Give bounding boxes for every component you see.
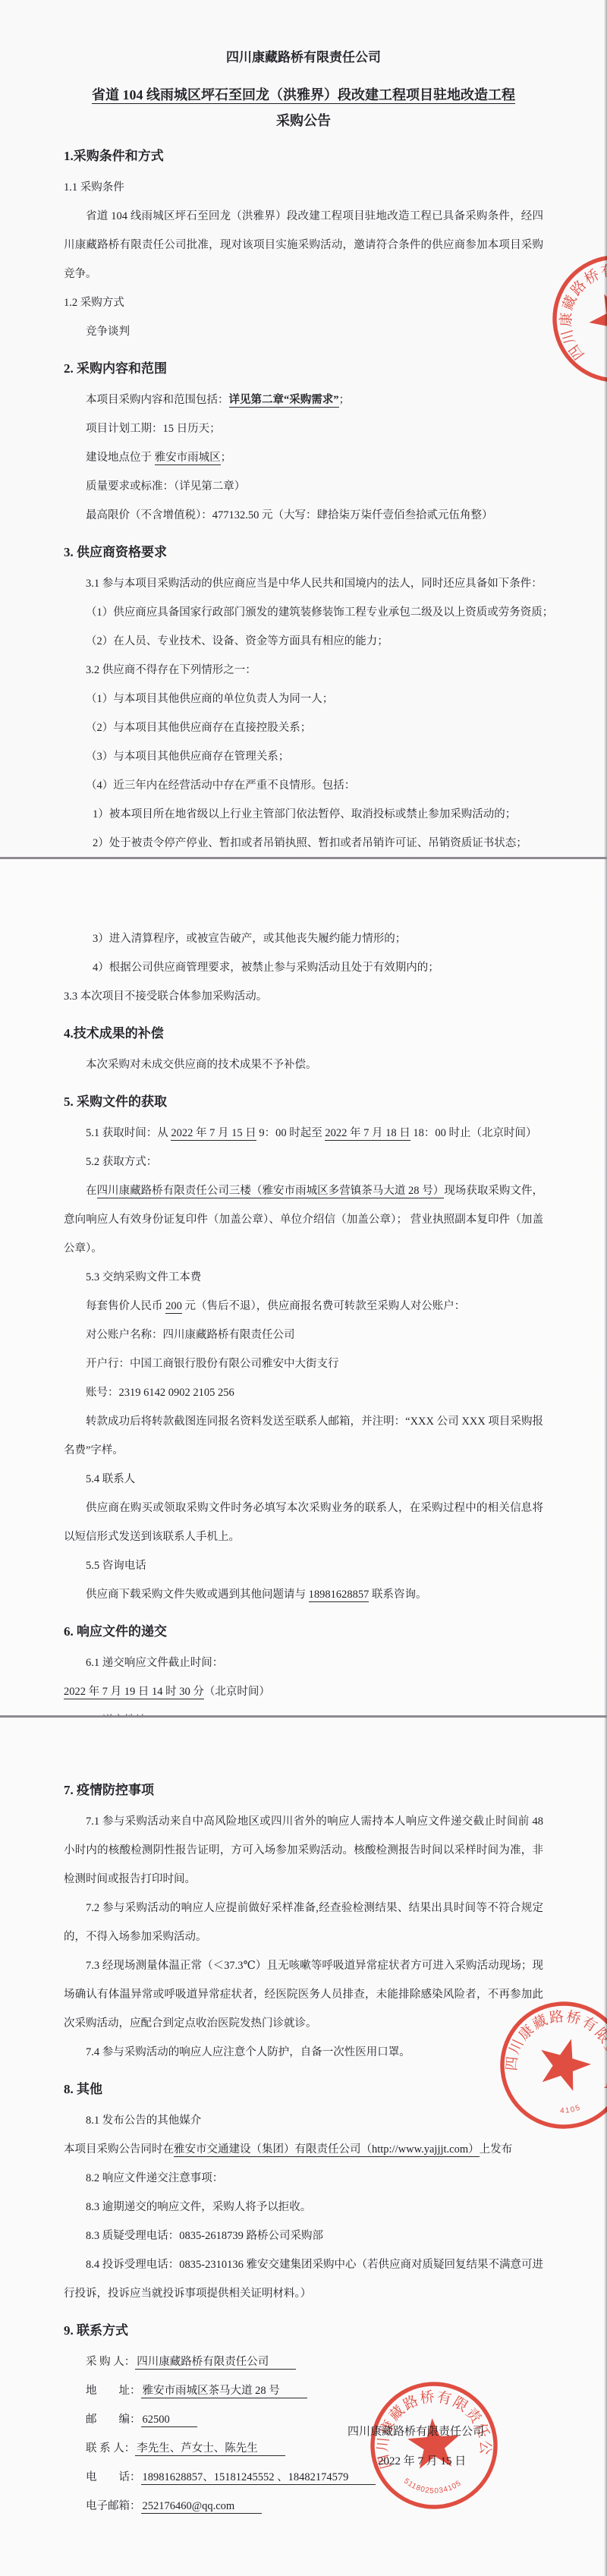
section-3-heading: 3. 供应商资格要求: [64, 536, 543, 569]
consult-phone-number: 18981628857: [309, 1589, 370, 1602]
item-6-2: 6.2 递交地址: [64, 1706, 543, 1718]
seal-code-arc-text: 511802503: [603, 340, 607, 377]
para-1-1: 省道 104 线雨城区坪石至回龙（洪雅界）段改建工程项目驻地改造工程已具备采购条…: [64, 202, 543, 288]
location-suffix: ；: [221, 452, 232, 464]
page-3: 7. 疫情防控事项 7.1 参与采购活动来自中高风险地区或四川省外的响应人需持本…: [0, 1718, 607, 2576]
contact-note-para: 供应商在购买或领取采购文件时务必填写本次采购业务的联系人，在采购过程中的相关信息…: [64, 1494, 543, 1551]
svg-text:4105: 4105: [558, 2099, 584, 2121]
contact-email: 252176460@qq.com: [141, 2500, 263, 2514]
section-8-heading: 8. 其他: [64, 2073, 543, 2106]
location-prefix: 建设地点位于: [86, 452, 155, 464]
fee-line: 每套售价人民币 200 元（售后不退），供应商报名费可转款至采购人对公账户：: [64, 1292, 543, 1321]
notice-type-title: 采购公告: [64, 108, 543, 134]
acquire-time-suffix: 18：00 时止（北京时间）: [410, 1127, 537, 1139]
project-title: 省道 104 线雨城区坪石至回龙（洪雅界）段改建工程项目驻地改造工程: [64, 82, 543, 108]
acquire-time-prefix: 5.1 获取时间：从: [86, 1127, 171, 1139]
contact-label: 地 址：: [86, 2385, 141, 2397]
seal-star-icon: [533, 2032, 596, 2093]
section-1-heading: 1.采购条件和方式: [64, 140, 543, 173]
contact-label: 联 系 人：: [86, 2442, 135, 2455]
media-line: 本项目采购公告同时在雅安市交通建设（集团）有限责任公司（http://www.y…: [64, 2135, 543, 2164]
item-5-4: 5.4 联系人: [64, 1465, 543, 1494]
section-2-heading: 2. 采购内容和范围: [64, 352, 543, 386]
item-8-3-reject: 8.3 逾期递交的响应文件，采购人将予以拒收。: [64, 2193, 543, 2222]
covid-rule-1: 7.1 参与采购活动来自中高风险地区或四川省外的响应人需持本人响应文件递交截止时…: [64, 1807, 543, 1894]
item-1-2: 1.2 采购方式: [64, 288, 543, 317]
fee-suffix: 元（售后不退），供应商报名费可转款至采购人对公账户：: [182, 1300, 465, 1312]
item-8-4: 8.4 投诉受理电话：0835-2310136 雅安交建集团采购中心（若供应商对…: [64, 2250, 543, 2308]
contact-label: 电 话：: [86, 2471, 141, 2483]
item-5-3: 5.3 交纳采购文件工本费: [64, 1263, 543, 1292]
seal-code-arc-text: 4105: [558, 2099, 584, 2121]
item-8-3-phone: 8.3 质疑受理电话：0835-2618739 路桥公司采购部: [64, 2222, 543, 2250]
svg-text:511802503: 511802503: [603, 340, 607, 377]
section-9-heading: 9. 联系方式: [64, 2314, 543, 2348]
item-3-1: 3.1 参与本项目采购活动的供应商应当是中华人民共和国境内的法人，同时还应具备如…: [64, 569, 543, 598]
deadline-datetime: 2022 年 7 月 19 日 14 时 30 分: [64, 1686, 204, 1699]
covid-rule-3: 7.3 经现场测量体温正常（＜37.3℃）且无咳嗽等呼吸道异常症状者方可进入采购…: [64, 1951, 543, 2038]
contact-label: 电子邮箱：: [86, 2500, 141, 2512]
fee-amount: 200: [165, 1300, 182, 1314]
condition-4-3: 3）进入清算程序，或被宣告破产，或其他丧失履约能力情形的；: [64, 924, 543, 953]
condition-4-4: 4）根据公司供应商管理要求，被禁止参与采购活动且处于有效期内的；: [64, 953, 543, 982]
media-suffix: 上发布: [480, 2143, 513, 2156]
contact-persons: 李先生、芦女士、陈先生: [135, 2442, 285, 2456]
section-4-heading: 4.技术成果的补偿: [64, 1017, 543, 1050]
deadline-suffix: （北京时间）: [204, 1686, 270, 1698]
contact-label: 采 购 人：: [86, 2356, 135, 2368]
condition-4-1: 1）被本项目所在地省级以上行业主管部门依法暂停、取消投标或禁止参加采购活动的；: [64, 800, 543, 829]
item-5-5: 5.5 咨询电话: [64, 1551, 543, 1580]
section-6-heading: 6. 响应文件的递交: [64, 1615, 543, 1649]
item-5-2: 5.2 获取方式：: [64, 1148, 543, 1176]
item-8-1: 8.1 发布公告的其他媒介: [64, 2106, 543, 2135]
covid-rule-4: 7.4 参与采购活动的响应人应注意个人防护，自备一次性医用口罩。: [64, 2038, 543, 2067]
covid-rule-2: 7.2 参与采购活动的响应人应提前做好采样准备,经查验检测结果、结果出具时间等不…: [64, 1894, 543, 1951]
section-7-heading: 7. 疫情防控事项: [64, 1774, 543, 1807]
account-number-line: 账号：2319 6142 0902 2105 256: [64, 1378, 543, 1407]
company-title: 四川康藏路桥有限责任公司: [64, 0, 543, 70]
deadline-line: 2022 年 7 月 19 日 14 时 30 分（北京时间）: [64, 1677, 543, 1706]
qualification-2: （2）在人员、专业技术、设备、资金等方面具有相应的能力；: [64, 627, 543, 656]
company-seal-main: 四川康藏路桥有限责任公司 5118025034105: [361, 2373, 507, 2518]
bank-line: 开户行：中国工商银行股份有限公司雅安中大街支行: [64, 1349, 543, 1378]
qualification-1: （1）供应商应具备国家行政部门颁发的建筑装修装饰工程专业承包二级及以上资质或劳务…: [64, 598, 543, 627]
consult-phone-prefix: 供应商下载采购文件失败或遇到其他问题请与: [86, 1589, 309, 1601]
contact-phones: 18981628857、15181245552 、18482174579: [141, 2471, 376, 2485]
scope-reference: 详见第二章“采购需求”: [229, 394, 339, 408]
postcode: 62500: [141, 2414, 197, 2427]
acquire-place: 四川康藏路桥有限责任公司三楼（雅安市雨城区多营镇茶马大道 28 号）: [97, 1185, 445, 1198]
signature-date: 2022 年 7 月 15 日: [378, 2449, 466, 2474]
procurement-method: 竞争谈判: [64, 317, 543, 346]
media-site: 雅安市交通建设（集团）有限责任公司（http://www.yajjjt.com）: [174, 2143, 480, 2157]
condition-4-2: 2）处于被责令停产停业、暂扣或者吊销执照、暂扣或者吊销许可证、吊销资质证书状态；: [64, 829, 543, 858]
scope-suffix: ；: [339, 394, 351, 406]
buyer-address: 雅安市雨城区茶马大道 28 号: [141, 2385, 307, 2398]
acquire-place-para: 在四川康藏路桥有限责任公司三楼（雅安市雨城区多营镇茶马大道 28 号）现场获取采…: [64, 1176, 543, 1263]
condition-4: （4）近三年内在经营活动中存在严重不良情形。包括：: [64, 771, 543, 800]
max-price-line: 最高限价（不含增值税）：477132.50 元（大写：肆拾柒万柒仟壹佰叁拾贰元伍…: [64, 501, 543, 530]
scope-prefix: 本项目采购内容和范围包括：: [86, 394, 229, 406]
consult-phone-suffix: 联系咨询。: [369, 1589, 426, 1601]
item-6-1: 6.1 递交响应文件截止时间：: [64, 1649, 543, 1677]
fee-prefix: 每套售价人民币: [86, 1300, 165, 1312]
seal-code-arc-text: 5118025034105: [402, 2474, 464, 2498]
account-name-line: 对公账户名称：四川康藏路桥有限责任公司: [64, 1321, 543, 1349]
duration-line: 项目计划工期：15 日历天；: [64, 414, 543, 443]
svg-text:5118025034105: 5118025034105: [402, 2474, 464, 2498]
location-value: 雅安市雨城区: [155, 452, 221, 465]
contact-row-buyer: 采 购 人：四川康藏路桥有限责任公司: [64, 2348, 543, 2376]
consult-phone-line: 供应商下载采购文件失败或遇到其他问题请与 18981628857 联系咨询。: [64, 1580, 543, 1609]
item-3-2: 3.2 供应商不得存在下列情形之一：: [64, 656, 543, 685]
contact-label: 邮 编：: [86, 2414, 141, 2426]
acquire-time-mid: 9：00 时起至: [256, 1127, 326, 1139]
signature-company: 四川康藏路桥有限责任公司: [348, 2420, 484, 2444]
item-8-2: 8.2 响应文件递交注意事项：: [64, 2164, 543, 2193]
media-prefix: 本项目采购公告同时在: [64, 2143, 174, 2156]
scope-line: 本项目采购内容和范围包括：详见第二章“采购需求”；: [64, 386, 543, 414]
acquire-end-date: 2022 年 7 月 18 日: [325, 1127, 410, 1141]
condition-2: （2）与本项目其他供应商存在直接控股关系；: [64, 713, 543, 742]
acquire-time-line: 5.1 获取时间：从 2022 年 7 月 15 日 9：00 时起至 2022…: [64, 1119, 543, 1148]
condition-1: （1）与本项目其他供应商的单位负责人为同一人；: [64, 685, 543, 713]
page-1: 四川康藏路桥有限责任公司 省道 104 线雨城区坪石至回龙（洪雅界）段改建工程项…: [0, 0, 607, 859]
item-1-1: 1.1 采购条件: [64, 173, 543, 202]
transfer-note-para: 转款成功后将转款截图连同报名资料发送至联系人邮箱，并注明：“XXX 公司 XXX…: [64, 1407, 543, 1465]
para-4: 本次采购对未成交供应商的技术成果不予补偿。: [64, 1050, 543, 1079]
page-2: 3）进入清算程序，或被宣告破产，或其他丧失履约能力情形的； 4）根据公司供应商管…: [0, 859, 607, 1718]
buyer-name: 四川康藏路桥有限责任公司: [135, 2356, 296, 2370]
item-3-3: 3.3 本次项目不接受联合体参加采购活动。: [64, 982, 543, 1011]
quality-line: 质量要求或标准：（详见第二章）: [64, 472, 543, 501]
location-line: 建设地点位于 雅安市雨城区；: [64, 443, 543, 472]
acquire-place-prefix: 在: [86, 1185, 97, 1197]
acquire-start-date: 2022 年 7 月 15 日: [171, 1127, 256, 1141]
section-5-heading: 5. 采购文件的获取: [64, 1085, 543, 1119]
condition-3: （3）与本项目其他供应商存在管理关系；: [64, 742, 543, 771]
